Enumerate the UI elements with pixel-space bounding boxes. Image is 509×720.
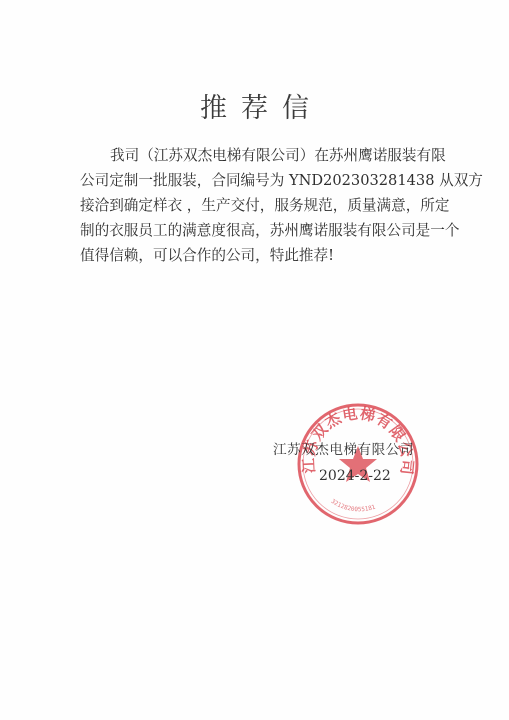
svg-text:3212820055181: 3212820055181 [330,498,377,513]
seal-number: 3212820055181 [330,498,377,513]
signature-date: 2024-2-22 [319,468,391,484]
document-page: 推荐信 我司（江苏双杰电梯有限公司）在苏州鹰诺服装有限 公司定制一批服装，合同编… [0,0,509,720]
document-title: 推荐信 [0,86,509,125]
paragraph-line-4: 制的衣服员工的满意度很高，苏州鹰诺服装有限公司是一个 [80,222,459,240]
company-seal: 江苏双杰电梯有限公司 3212820055181 [296,402,420,526]
seal-graphic: 江苏双杰电梯有限公司 3212820055181 [296,402,420,526]
paragraph-line-5: 值得信赖，可以合作的公司，特此推荐! [80,247,334,265]
paragraph-line-2: 公司定制一批服装，合同编号为 YND202303281438 从双方 [80,172,483,190]
paragraph-line-3: 接洽到确定样衣 ，生产交付，服务规范，质量满意，所定 [80,197,450,215]
signature-company: 江苏双杰电梯有限公司 [273,438,414,458]
paragraph-line-1: 我司（江苏双杰电梯有限公司）在苏州鹰诺服装有限 [110,147,446,165]
